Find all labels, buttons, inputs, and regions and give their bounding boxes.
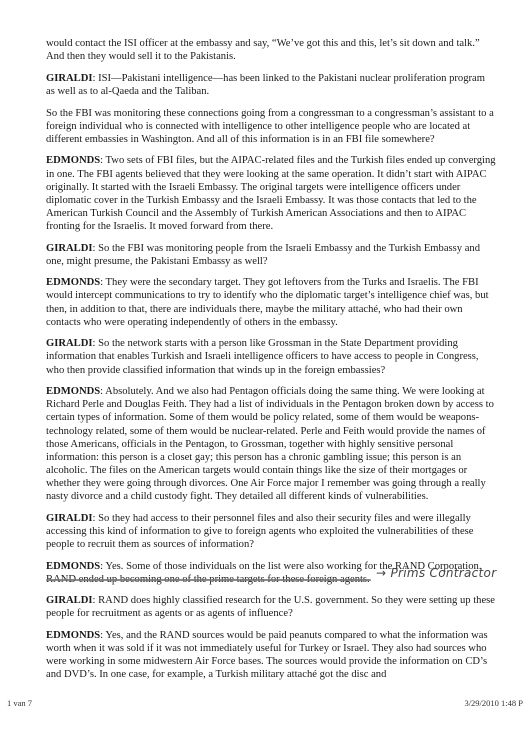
paragraph-text: : So the network starts with a person li…: [46, 338, 479, 375]
print-timestamp: 3/29/2010 1:48 P: [464, 698, 523, 708]
paragraph-text: : Absolutely. And we also had Pentagon o…: [46, 386, 494, 502]
paragraph-text: : Two sets of FBI files, but the AIPAC-r…: [46, 155, 496, 231]
paragraph: GIRALDI: So they had access to their per…: [46, 512, 496, 551]
paragraph-text: : They were the secondary target. They g…: [46, 277, 489, 327]
speaker-name: EDMONDS: [46, 386, 100, 397]
paragraph-text: : So the FBI was monitoring people from …: [46, 243, 480, 267]
paragraph-text: : RAND does highly classified research f…: [46, 595, 495, 619]
paragraph: would contact the ISI officer at the emb…: [46, 37, 496, 63]
speaker-name: EDMONDS: [46, 561, 100, 572]
paragraph-text: : ISI—Pakistani intelligence—has been li…: [46, 73, 485, 97]
paragraph-text: would contact the ISI officer at the emb…: [46, 38, 480, 62]
speaker-name: GIRALDI: [46, 73, 93, 84]
handwritten-annotation: → Prims Contractor: [376, 566, 496, 580]
paragraph: EDMONDS: Yes, and the RAND sources would…: [46, 629, 496, 681]
speaker-name: GIRALDI: [46, 513, 93, 524]
paragraph-text: So the FBI was monitoring these connecti…: [46, 108, 494, 145]
paragraph: EDMONDS: They were the secondary target.…: [46, 276, 496, 328]
handwritten-underline: [46, 579, 371, 581]
paragraph: GIRALDI: So the network starts with a pe…: [46, 337, 496, 376]
paragraph: So the FBI was monitoring these connecti…: [46, 107, 496, 146]
paragraph: EDMONDS: Two sets of FBI files, but the …: [46, 154, 496, 233]
paragraph: GIRALDI: RAND does highly classified res…: [46, 594, 496, 620]
paragraph: GIRALDI: ISI—Pakistani intelligence—has …: [46, 72, 496, 98]
page-number: 1 van 7: [7, 698, 32, 708]
paragraph-text: : So they had access to their personnel …: [46, 513, 473, 550]
speaker-name: GIRALDI: [46, 243, 93, 254]
paragraph: GIRALDI: So the FBI was monitoring peopl…: [46, 242, 496, 268]
speaker-name: EDMONDS: [46, 630, 100, 641]
paragraph-text: : Yes, and the RAND sources would be pai…: [46, 630, 488, 680]
speaker-name: EDMONDS: [46, 277, 100, 288]
speaker-name: GIRALDI: [46, 338, 93, 349]
speaker-name: GIRALDI: [46, 595, 93, 606]
document-body: would contact the ISI officer at the emb…: [46, 37, 496, 690]
paragraph: EDMONDS: Absolutely. And we also had Pen…: [46, 385, 496, 503]
speaker-name: EDMONDS: [46, 155, 100, 166]
